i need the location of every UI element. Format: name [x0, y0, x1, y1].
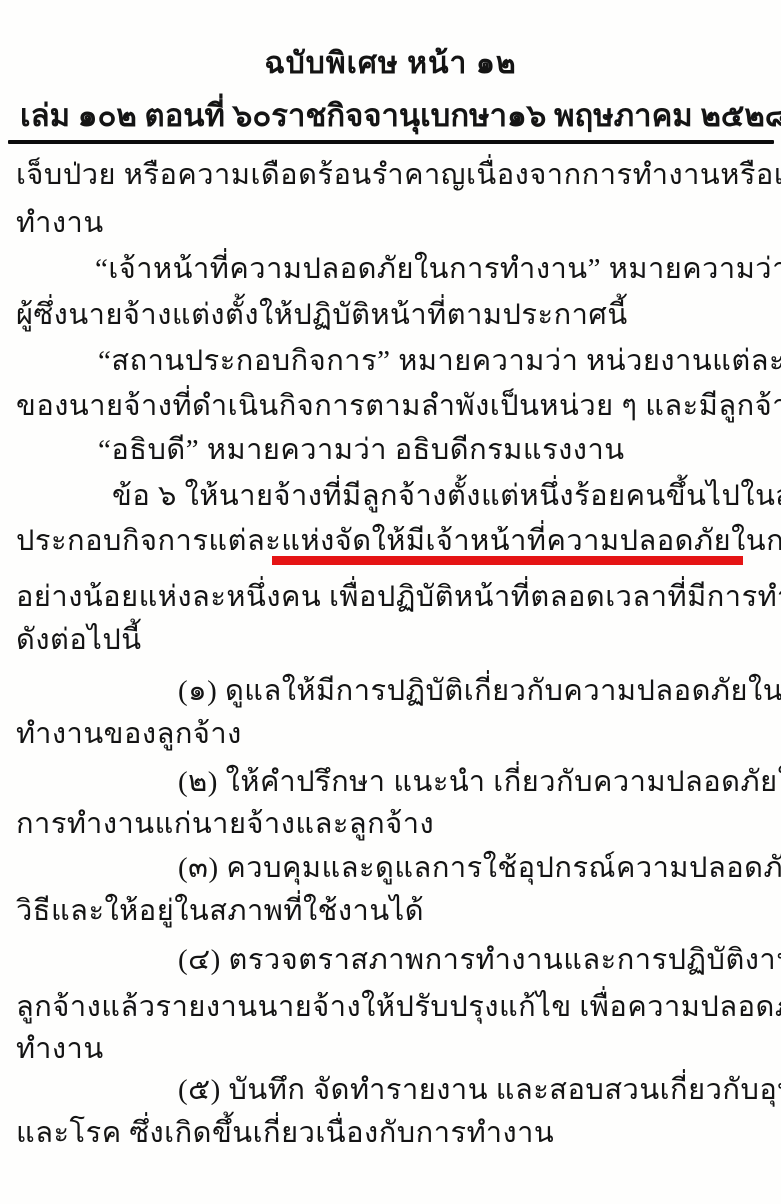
header-gazette-name: ราชกิจจานุเบกษา — [271, 90, 507, 140]
document-text-line: (๕) บันทึก จัดทำรายงาน และสอบสวนเกี่ยวกั… — [178, 1070, 781, 1110]
document-text-line: (๒) ให้คำปรึกษา แนะนำ เกี่ยวกับความปลอดภ… — [178, 762, 781, 802]
document-text-line: ลูกจ้างแล้วรายงานนายจ้างให้ปรับปรุงแก้ไข… — [16, 987, 781, 1027]
document-text-line: “อธิบดี” หมายความว่า อธิบดีกรมแรงงาน — [98, 430, 625, 470]
document-text-line: ดังต่อไปนี้ — [16, 620, 142, 660]
header-edition-page: ฉบับพิเศษ หน้า ๑๒ — [0, 40, 781, 87]
red-underline-highlight — [272, 556, 743, 565]
document-text-line: (๑) ดูแลให้มีการปฏิบัติเกี่ยวกับความปลอด… — [178, 671, 781, 711]
document-text-line: ทำงาน — [16, 1029, 104, 1069]
document-text-line: ผู้ซึ่งนายจ้างแต่งตั้งให้ปฏิบัติหน้าที่ต… — [16, 295, 628, 335]
document-text-line: “สถานประกอบกิจการ” หมายความว่า หน่วยงานแ… — [98, 341, 781, 381]
document-text-line: ทำงาน — [16, 203, 104, 243]
document-text-line: ข้อ ๖ ให้นายจ้างที่มีลูกจ้างตั้งแต่หนึ่ง… — [112, 476, 781, 516]
document-text-line: เจ็บป่วย หรือความเดือดร้อนรำคาญเนื่องจาก… — [16, 155, 781, 195]
document-text-line: ทำงานของลูกจ้าง — [16, 714, 242, 754]
document-text-line: และโรค ซึ่งเกิดขึ้นเกี่ยวเนื่องกับการทำง… — [16, 1113, 554, 1153]
document-text-line-underlined: ประกอบกิจการแต่ละแห่งจัดให้มีเจ้าหน้าที่… — [16, 521, 781, 561]
header-divider-rule — [8, 140, 774, 144]
document-text-line: (๔) ตรวจตราสภาพการทำงานและการปฏิบัติงานข… — [178, 940, 781, 980]
document-text-line: อย่างน้อยแห่งละหนึ่งคน เพื่อปฏิบัติหน้าท… — [16, 577, 781, 617]
document-text-line: วิธีและให้อยู่ในสภาพที่ใช้งานได้ — [16, 891, 424, 931]
gazette-scanned-page: ฉบับพิเศษ หน้า ๑๒ เล่ม ๑๐๒ ตอนที่ ๖๐ ราช… — [0, 0, 781, 1204]
document-text-line: ของนายจ้างที่ดำเนินกิจการตามลำพังเป็นหน่… — [16, 386, 781, 426]
document-text-line: “เจ้าหน้าที่ความปลอดภัยในการทำงาน” หมายค… — [95, 249, 781, 289]
header-volume-row: เล่ม ๑๐๒ ตอนที่ ๖๐ ราชกิจจานุเบกษา ๑๖ พฤ… — [20, 90, 761, 140]
header-date: ๑๖ พฤษภาคม ๒๕๒๘ — [507, 90, 781, 140]
header-volume-part: เล่ม ๑๐๒ ตอนที่ ๖๐ — [20, 90, 271, 140]
document-text-line: (๓) ควบคุมและดูแลการใช้อุปกรณ์ความปลอดภั… — [178, 848, 781, 888]
document-text-line: การทำงานแก่นายจ้างและลูกจ้าง — [16, 804, 434, 844]
